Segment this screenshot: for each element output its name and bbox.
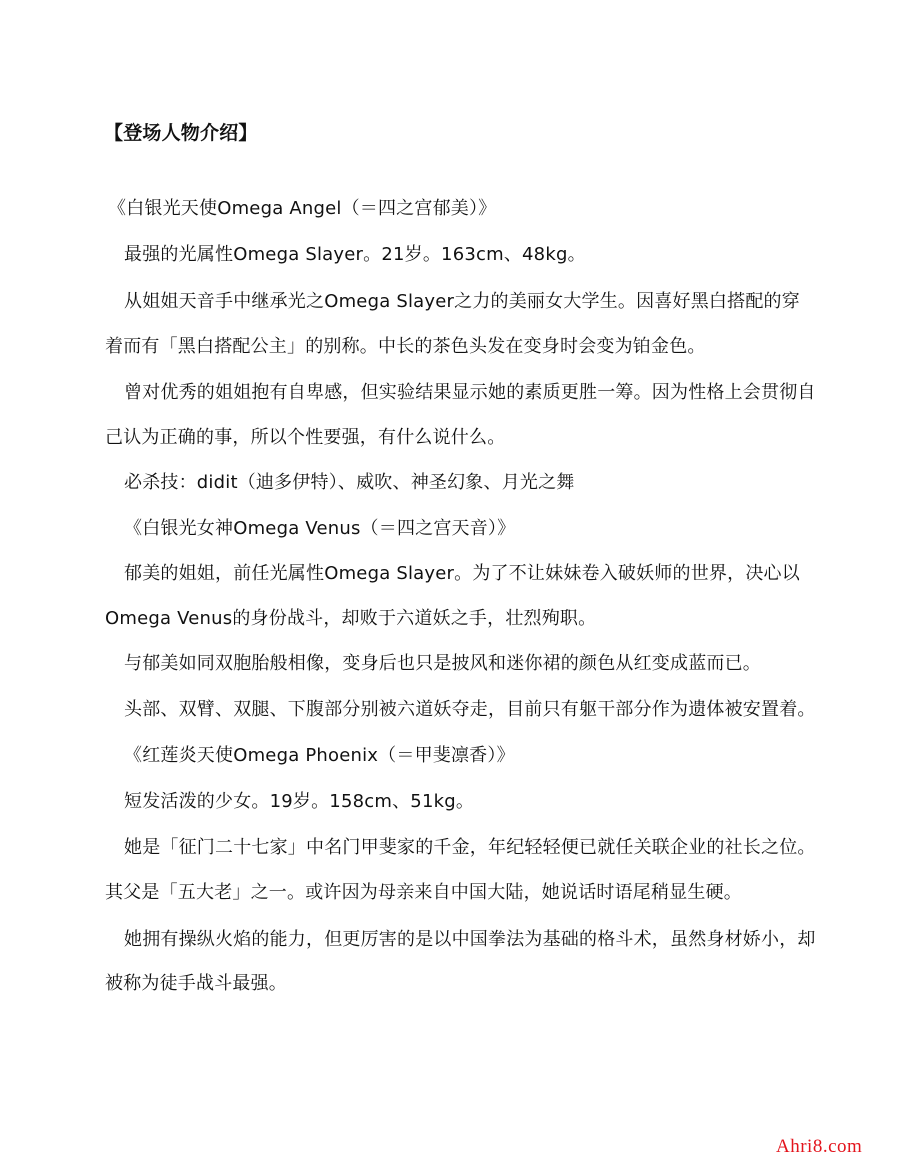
paragraph-line: 郁美的姐姐，前任光属性Omega Slayer。为了不让妹妹卷入破妖师的世界，决…	[124, 562, 800, 586]
character-stats: 最强的光属性Omega Slayer。21岁。163cm、48kg。	[124, 243, 586, 267]
paragraph-line: 被称为徒手战斗最强。	[105, 972, 287, 996]
special-moves: 必杀技：didit（迪多伊特）、威吹、神圣幻象、月光之舞	[124, 471, 575, 495]
paragraph-line: 其父是「五大老」之一。或许因为母亲来自中国大陆，她说话时语尾稍显生硬。	[105, 881, 742, 905]
paragraph-line: Omega Venus的身份战斗，却败于六道妖之手，壮烈殉职。	[105, 607, 596, 631]
character-title: 《白银光天使Omega Angel（＝四之宫郁美）》	[108, 197, 496, 221]
paragraph-line: 曾对优秀的姐姐抱有自卑感，但实验结果显示她的素质更胜一筹。因为性格上会贯彻自	[124, 381, 816, 405]
paragraph-line: 与郁美如同双胞胎般相像，变身后也只是披风和迷你裙的颜色从红变成蓝而已。	[124, 652, 761, 676]
paragraph-line: 己认为正确的事，所以个性要强，有什么说什么。	[105, 426, 505, 450]
character-title: 《红莲炎天使Omega Phoenix（＝甲斐凛香）》	[124, 744, 515, 768]
section-heading: 【登场人物介绍】	[104, 121, 258, 145]
paragraph-line: 头部、双臂、双腿、下腹部分别被六道妖夺走，目前只有躯干部分作为遗体被安置着。	[124, 698, 816, 722]
character-stats: 短发活泼的少女。19岁。158cm、51kg。	[124, 790, 474, 814]
paragraph-line: 着而有「黑白搭配公主」的别称。中长的茶色头发在变身时会变为铂金色。	[105, 335, 706, 359]
character-title: 《白银光女神Omega Venus（＝四之宫天音）》	[124, 517, 515, 541]
watermark: Ahri8.com	[776, 1136, 862, 1158]
paragraph-line: 从姐姐天音手中继承光之Omega Slayer之力的美丽女大学生。因喜好黑白搭配…	[124, 290, 800, 314]
paragraph-line: 她是「征门二十七家」中名门甲斐家的千金，年纪轻轻便已就任关联企业的社长之位。	[124, 836, 816, 860]
paragraph-line: 她拥有操纵火焰的能力，但更厉害的是以中国拳法为基础的格斗术，虽然身材娇小，却	[124, 928, 816, 952]
